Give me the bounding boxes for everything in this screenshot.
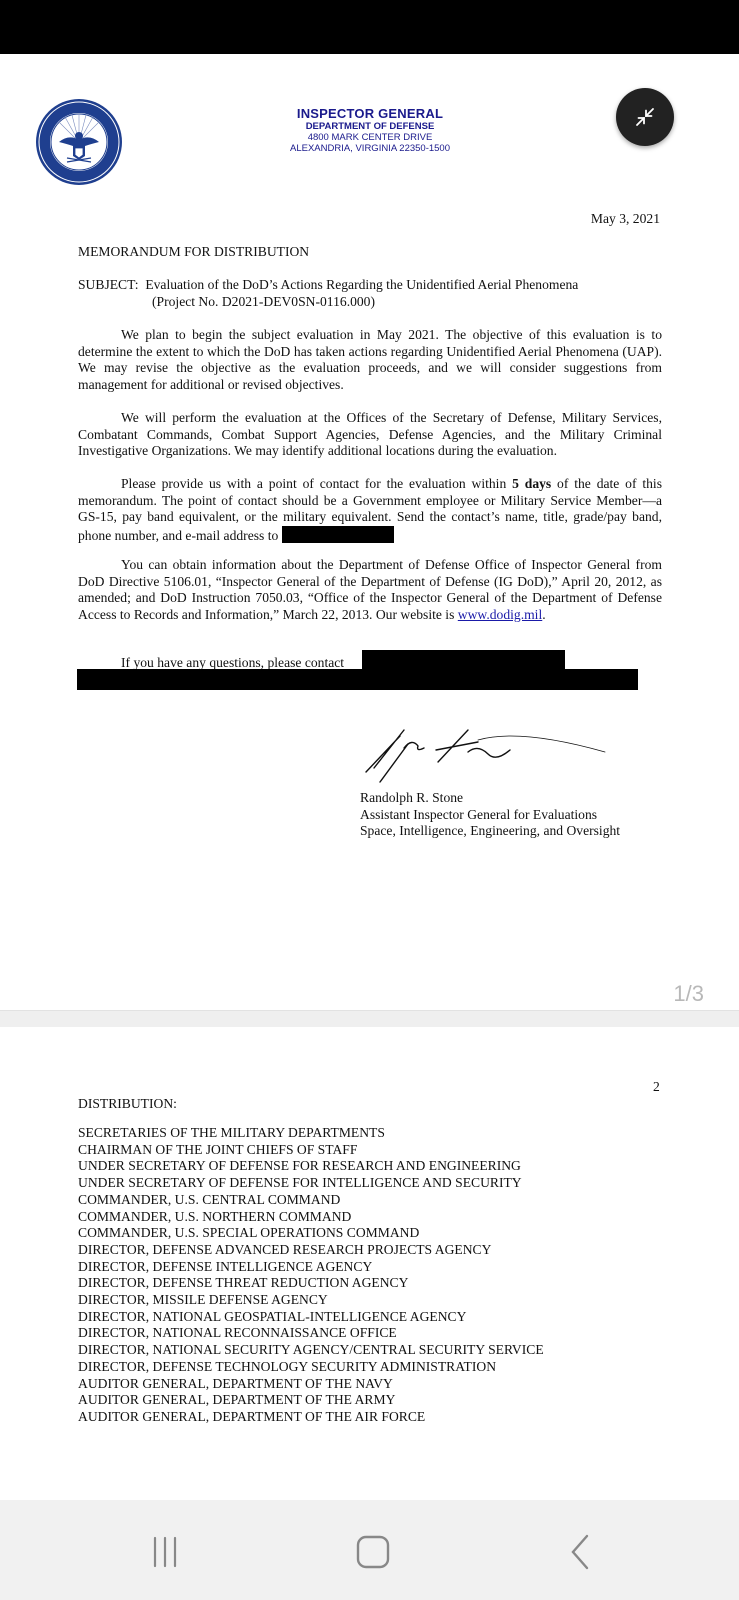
- distribution-recipient: DIRECTOR, DEFENSE ADVANCED RESEARCH PROJ…: [78, 1242, 544, 1259]
- distribution-recipient: AUDITOR GENERAL, DEPARTMENT OF THE NAVY: [78, 1376, 544, 1393]
- home-icon: [356, 1535, 390, 1569]
- redacted-contact-name: [362, 650, 565, 669]
- paragraph-2: We will perform the evaluation at the Of…: [78, 410, 662, 460]
- status-bar: [0, 0, 739, 54]
- distribution-recipient: DIRECTOR, NATIONAL RECONNAISSANCE OFFICE: [78, 1325, 544, 1342]
- recent-apps-icon: [150, 1536, 180, 1568]
- android-navigation-bar: [0, 1500, 739, 1600]
- distribution-recipient: COMMANDER, U.S. SPECIAL OPERATIONS COMMA…: [78, 1225, 544, 1242]
- letterhead-department: DEPARTMENT OF DEFENSE: [270, 121, 470, 132]
- memo-addressee: MEMORANDUM FOR DISTRIBUTION: [78, 244, 309, 261]
- paragraph-3: Please provide us with a point of contac…: [78, 476, 662, 544]
- home-button[interactable]: [349, 1528, 397, 1576]
- period: .: [542, 607, 545, 622]
- subject-line-2: (Project No. D2021-DEV0SN-0116.000): [78, 294, 678, 311]
- exit-fullscreen-button[interactable]: [616, 88, 674, 146]
- paragraph-1: We plan to begin the subject evaluation …: [78, 327, 662, 393]
- deadline-emphasis: 5 days: [512, 476, 551, 491]
- paragraph-1-text: We plan to begin the subject evaluation …: [78, 327, 662, 392]
- letterhead: INSPECTOR GENERAL DEPARTMENT OF DEFENSE …: [270, 106, 470, 154]
- memo-subject: SUBJECT: Evaluation of the DoD’s Actions…: [78, 277, 678, 310]
- distribution-recipient: COMMANDER, U.S. NORTHERN COMMAND: [78, 1209, 544, 1226]
- distribution-recipient: SECRETARIES OF THE MILITARY DEPARTMENTS: [78, 1125, 544, 1142]
- subject-label: SUBJECT:: [78, 277, 139, 292]
- letterhead-address-line1: 4800 MARK CENTER DRIVE: [270, 132, 470, 143]
- distribution-list: SECRETARIES OF THE MILITARY DEPARTMENTSC…: [78, 1125, 544, 1426]
- distribution-recipient: CHAIRMAN OF THE JOINT CHIEFS OF STAFF: [78, 1142, 544, 1159]
- letterhead-address-line2: ALEXANDRIA, VIRGINIA 22350-1500: [270, 143, 470, 154]
- page-indicator: 1/3: [673, 981, 704, 1007]
- dod-seal-icon: [35, 98, 123, 186]
- distribution-recipient: AUDITOR GENERAL, DEPARTMENT OF THE AIR F…: [78, 1409, 544, 1426]
- back-icon: [569, 1534, 593, 1570]
- distribution-recipient: DIRECTOR, DEFENSE TECHNOLOGY SECURITY AD…: [78, 1359, 544, 1376]
- distribution-recipient: COMMANDER, U.S. CENTRAL COMMAND: [78, 1192, 544, 1209]
- page-number: 2: [653, 1079, 660, 1096]
- distribution-recipient: DIRECTOR, DEFENSE INTELLIGENCE AGENCY: [78, 1259, 544, 1276]
- distribution-recipient: DIRECTOR, NATIONAL SECURITY AGENCY/CENTR…: [78, 1342, 544, 1359]
- redacted-email: [282, 526, 394, 543]
- signature-image: [360, 718, 610, 786]
- distribution-recipient: DIRECTOR, DEFENSE THREAT REDUCTION AGENC…: [78, 1275, 544, 1292]
- signer-title: Assistant Inspector General for Evaluati…: [360, 807, 620, 824]
- distribution-recipient: DIRECTOR, NATIONAL GEOSPATIAL-INTELLIGEN…: [78, 1309, 544, 1326]
- recent-apps-button[interactable]: [141, 1528, 189, 1576]
- paragraph-3-text: Please provide us with a point of contac…: [121, 476, 512, 491]
- distribution-heading: DISTRIBUTION:: [78, 1096, 177, 1113]
- signature-block: Randolph R. Stone Assistant Inspector Ge…: [360, 790, 620, 840]
- distribution-recipient: UNDER SECRETARY OF DEFENSE FOR INTELLIGE…: [78, 1175, 544, 1192]
- subject-line-1: Evaluation of the DoD’s Actions Regardin…: [145, 277, 578, 292]
- paragraph-4: You can obtain information about the Dep…: [78, 557, 662, 623]
- paragraph-5-text: If you have any questions, please contac…: [121, 655, 344, 670]
- letterhead-title: INSPECTOR GENERAL: [270, 106, 470, 121]
- signer-name: Randolph R. Stone: [360, 790, 620, 807]
- distribution-recipient: UNDER SECRETARY OF DEFENSE FOR RESEARCH …: [78, 1158, 544, 1175]
- paragraph-2-text: We will perform the evaluation at the Of…: [78, 410, 662, 458]
- website-link[interactable]: www.dodig.mil: [458, 607, 542, 622]
- distribution-recipient: DIRECTOR, MISSILE DEFENSE AGENCY: [78, 1292, 544, 1309]
- signer-office: Space, Intelligence, Engineering, and Ov…: [360, 823, 620, 840]
- redacted-contact-details: [77, 669, 638, 690]
- back-button[interactable]: [557, 1528, 605, 1576]
- distribution-recipient: AUDITOR GENERAL, DEPARTMENT OF THE ARMY: [78, 1392, 544, 1409]
- memo-date: May 3, 2021: [591, 211, 660, 228]
- collapse-arrows-icon: [632, 104, 658, 130]
- paragraph-4-text: You can obtain information about the Dep…: [78, 557, 662, 622]
- page-separator: [0, 1010, 739, 1028]
